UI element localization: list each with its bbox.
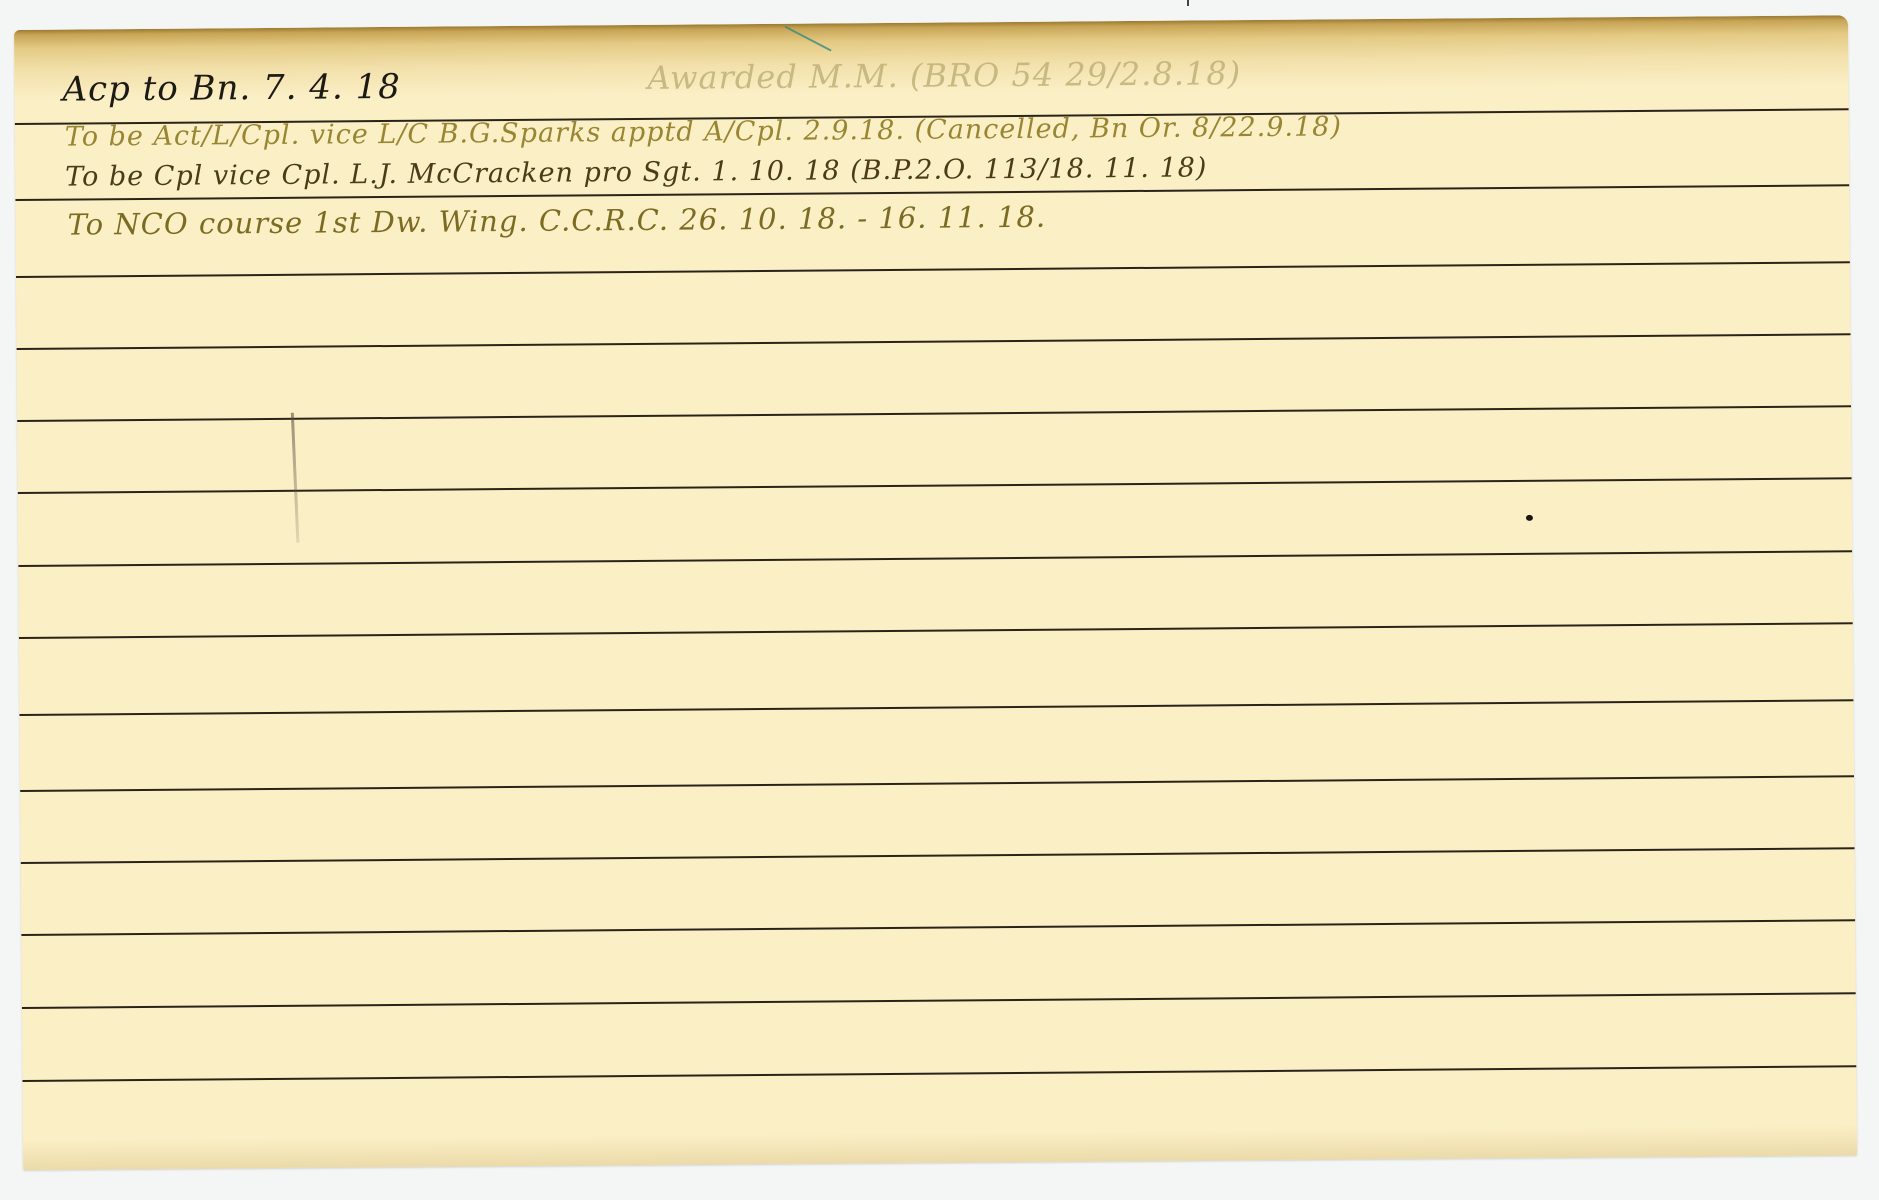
scanner-speck [1187, 0, 1189, 6]
ink-dot-mark [1526, 515, 1533, 521]
entry-acting-lcpl-text: To be Act/L/Cpl. vice L/C B.G.Sparks app… [65, 111, 1342, 152]
ruled-line [19, 622, 1853, 639]
entry-posting: Acp to Bn. 7. 4. 18 Awarded M.M. (BRO 54… [62, 67, 401, 110]
ruled-line [20, 775, 1854, 792]
ruled-line [19, 699, 1853, 716]
entry-cpl-promotion: To be Cpl vice Cpl. L.J. McCracken pro S… [65, 152, 1207, 192]
entry-acting-lcpl: To be Act/L/Cpl. vice L/C B.G.Sparks app… [65, 111, 1342, 152]
ruled-line [21, 919, 1855, 936]
ruled-line [22, 1065, 1856, 1082]
pencil-stroke-mark [291, 413, 300, 543]
ruled-line [17, 333, 1851, 350]
entry-nco-course-text: To NCO course 1st Dw. Wing. C.C.R.C. 26.… [67, 200, 1046, 242]
ruled-line [18, 550, 1852, 567]
award-annotation: Awarded M.M. (BRO 54 29/2.8.18) [647, 54, 1241, 97]
ruled-line [22, 992, 1856, 1009]
entry-nco-course: To NCO course 1st Dw. Wing. C.C.R.C. 26.… [67, 200, 1046, 242]
ruled-line [21, 847, 1855, 864]
record-card: Acp to Bn. 7. 4. 18 Awarded M.M. (BRO 54… [14, 15, 1857, 1170]
entry-posting-text: Acp to Bn. 7. 4. 18 [62, 67, 401, 110]
green-check-mark [785, 26, 832, 52]
entry-cpl-promotion-text: To be Cpl vice Cpl. L.J. McCracken pro S… [65, 152, 1207, 192]
ruled-line [16, 261, 1850, 278]
